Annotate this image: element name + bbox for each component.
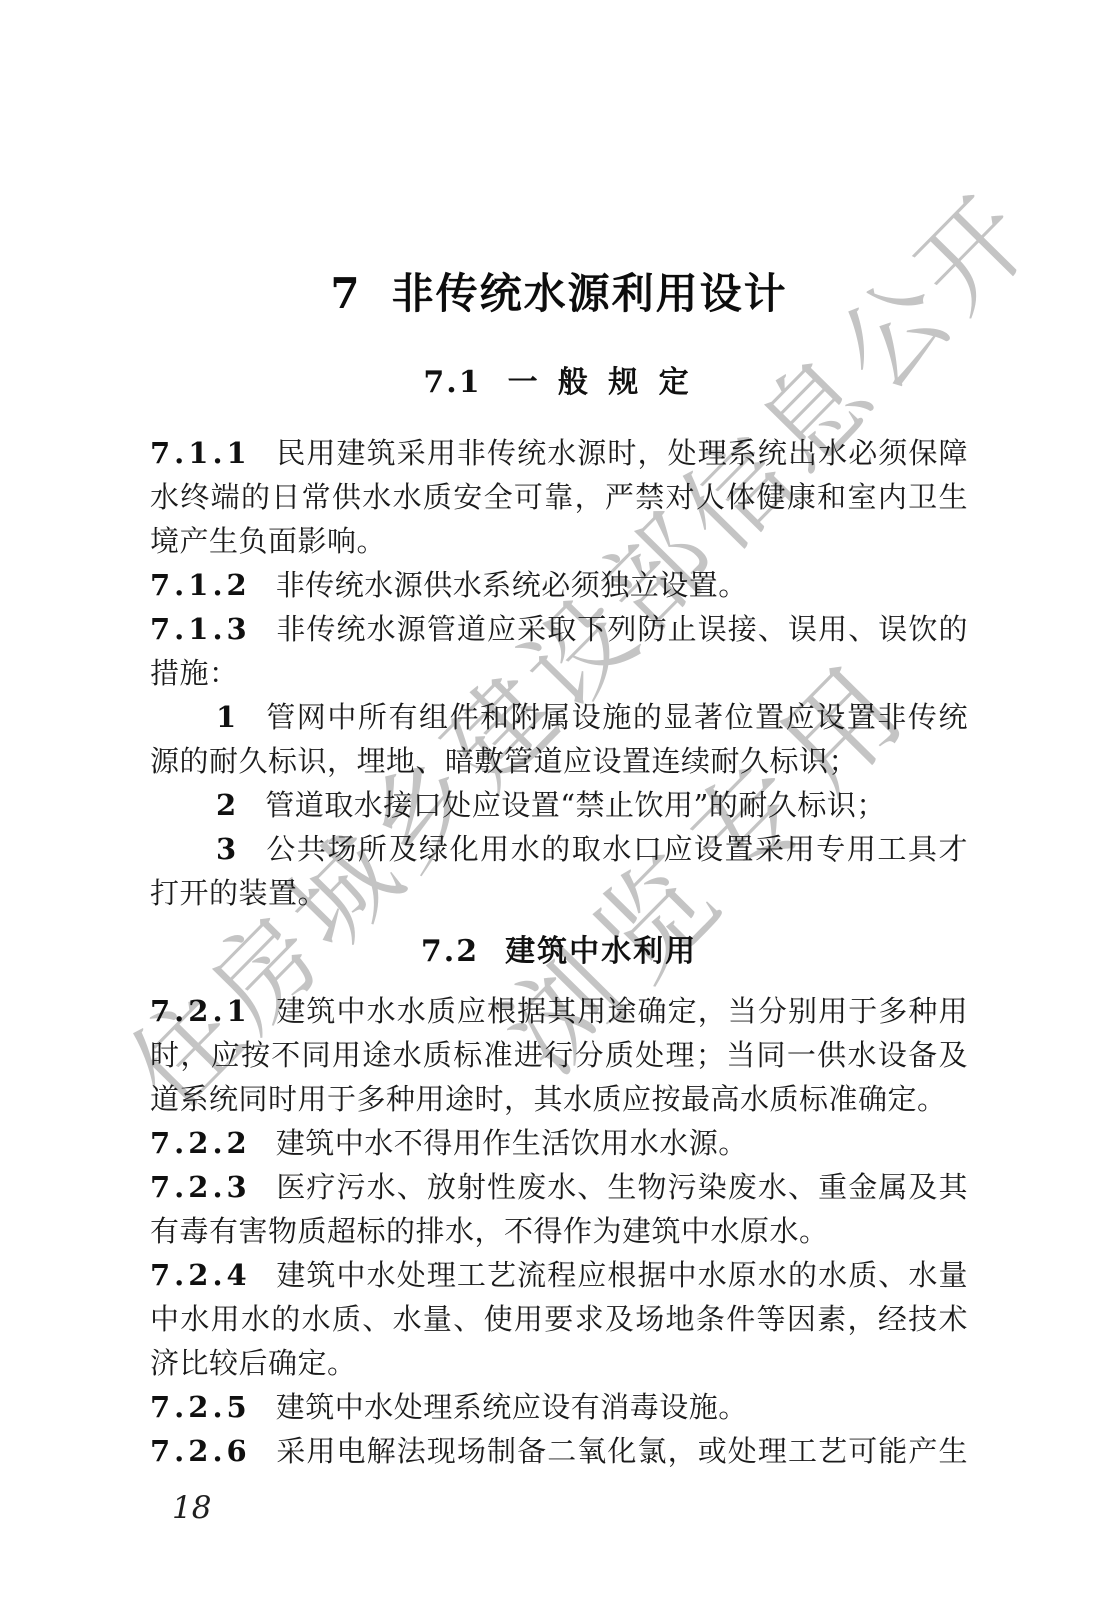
section-heading-7-2: 7.2建筑中水利用 (150, 930, 968, 974)
clause-number: 7.2.6 (150, 1434, 251, 1468)
clause-text: 采用电解法现场制备二氧化氯，或处理工艺可能产生有 (150, 1434, 968, 1473)
clause-text: 建筑中水水质应根据其用途确定，当分别用于多种用途 (150, 994, 968, 1033)
clause-number: 3 (216, 832, 240, 866)
continuation-line: 措施： (150, 651, 968, 695)
clause-text: 公共场所及绿化用水的取水口应设置采用专用工具才能 (216, 832, 968, 871)
continuation-line: 境产生负面影响。 (150, 519, 968, 563)
continuation-line: 源的耐久标识，埋地、暗敷管道应设置连续耐久标识； (150, 739, 968, 783)
clause-text: 济比较后确定。 (150, 1346, 357, 1380)
chapter-title-text: 非传统水源利用设计 (392, 269, 788, 318)
clause-line: 7.2.5建筑中水处理系统应设有消毒设施。 (150, 1385, 968, 1429)
clause-number: 1 (216, 700, 240, 734)
clause-number: 7.1.1 (150, 436, 251, 470)
clause-text: 医疗污水、放射性废水、生物污染废水、重金属及其他 (150, 1170, 968, 1209)
section-number: 7.2 (421, 934, 479, 969)
clause-number: 7.2.5 (150, 1390, 251, 1424)
clause-text: 建筑中水处理工艺流程应根据中水原水的水质、水量和 (150, 1258, 968, 1297)
clause-text: 道系统同时用于多种用途时，其水质应按最高水质标准确定。 (150, 1082, 947, 1116)
clause-line: 7.1.1民用建筑采用非传统水源时，处理系统出水必须保障用 (150, 431, 968, 475)
document-page: 住房城乡建设部信息公开 浏览专用 7非传统水源利用设计 7.1一 般 规 定 7… (0, 0, 1103, 1598)
page-number: 18 (172, 1486, 211, 1530)
section-number: 7.1 (423, 365, 481, 400)
clause-line: 7.2.2建筑中水不得用作生活饮用水水源。 (150, 1121, 968, 1165)
chapter-number: 7 (330, 269, 361, 318)
section-title-text: 一 般 规 定 (508, 366, 695, 399)
chapter-title: 7非传统水源利用设计 (150, 266, 968, 322)
continuation-line: 有毒有害物质超标的排水，不得作为建筑中水原水。 (150, 1209, 968, 1253)
continuation-line: 济比较后确定。 (150, 1341, 968, 1385)
clause-number: 7.1.2 (150, 568, 251, 602)
clause-line: 3公共场所及绿化用水的取水口应设置采用专用工具才能 (150, 827, 968, 871)
clause-text: 境产生负面影响。 (150, 524, 386, 558)
clause-text: 打开的装置。 (150, 876, 327, 910)
clause-text: 民用建筑采用非传统水源时，处理系统出水必须保障用 (150, 436, 968, 475)
clause-number: 7.1.3 (150, 612, 251, 646)
clause-line: 1管网中所有组件和附属设施的显著位置应设置非传统水 (150, 695, 968, 739)
clause-text: 有毒有害物质超标的排水，不得作为建筑中水原水。 (150, 1214, 829, 1248)
clause-text: 水终端的日常供水水质安全可靠，严禁对人体健康和室内卫生环 (150, 480, 968, 519)
continuation-line: 中水用水的水质、水量、使用要求及场地条件等因素，经技术经 (150, 1297, 968, 1341)
clause-number: 7.2.2 (150, 1126, 251, 1160)
continuation-line: 时，应按不同用途水质标准进行分质处理；当同一供水设备及管 (150, 1033, 968, 1077)
clause-line: 7.1.2非传统水源供水系统必须独立设置。 (150, 563, 968, 607)
section-title-text: 建筑中水利用 (505, 935, 697, 968)
section-heading-7-1: 7.1一 般 规 定 (150, 361, 968, 405)
continuation-line: 道系统同时用于多种用途时，其水质应按最高水质标准确定。 (150, 1077, 968, 1121)
clause-line: 7.2.3医疗污水、放射性废水、生物污染废水、重金属及其他 (150, 1165, 968, 1209)
clause-text: 管道取水接口处应设置“禁止饮用”的耐久标识； (265, 788, 886, 822)
section-7-2-body: 7.2.1建筑中水水质应根据其用途确定，当分别用于多种用途时，应按不同用途水质标… (150, 989, 968, 1473)
continuation-line: 水终端的日常供水水质安全可靠，严禁对人体健康和室内卫生环 (150, 475, 968, 519)
clause-text: 管网中所有组件和附属设施的显著位置应设置非传统水 (216, 700, 968, 739)
clause-text: 源的耐久标识，埋地、暗敷管道应设置连续耐久标识； (150, 744, 858, 778)
continuation-line: 打开的装置。 (150, 871, 968, 915)
clause-number: 7.2.4 (150, 1258, 251, 1292)
clause-number: 2 (216, 788, 240, 822)
clause-line: 7.2.1建筑中水水质应根据其用途确定，当分别用于多种用途 (150, 989, 968, 1033)
clause-line: 7.2.6采用电解法现场制备二氧化氯，或处理工艺可能产生有 (150, 1429, 968, 1473)
clause-number: 7.2.3 (150, 1170, 251, 1204)
clause-text: 建筑中水不得用作生活饮用水水源。 (276, 1126, 748, 1160)
clause-text: 建筑中水处理系统应设有消毒设施。 (276, 1390, 748, 1424)
clause-text: 非传统水源管道应采取下列防止误接、误用、误饮的 (276, 612, 968, 646)
clause-text: 措施： (150, 656, 239, 690)
clause-line: 7.1.3非传统水源管道应采取下列防止误接、误用、误饮的 (150, 607, 968, 651)
clause-number: 7.2.1 (150, 994, 251, 1028)
clause-text: 非传统水源供水系统必须独立设置。 (276, 568, 748, 602)
clause-line: 2管道取水接口处应设置“禁止饮用”的耐久标识； (150, 783, 968, 827)
clause-text: 时，应按不同用途水质标准进行分质处理；当同一供水设备及管 (150, 1038, 968, 1077)
section-7-1-body: 7.1.1民用建筑采用非传统水源时，处理系统出水必须保障用水终端的日常供水水质安… (150, 431, 968, 915)
clause-line: 7.2.4建筑中水处理工艺流程应根据中水原水的水质、水量和 (150, 1253, 968, 1297)
clause-text: 中水用水的水质、水量、使用要求及场地条件等因素，经技术经 (150, 1302, 968, 1341)
content-layer: 7非传统水源利用设计 7.1一 般 规 定 7.1.1民用建筑采用非传统水源时，… (0, 0, 1103, 1598)
